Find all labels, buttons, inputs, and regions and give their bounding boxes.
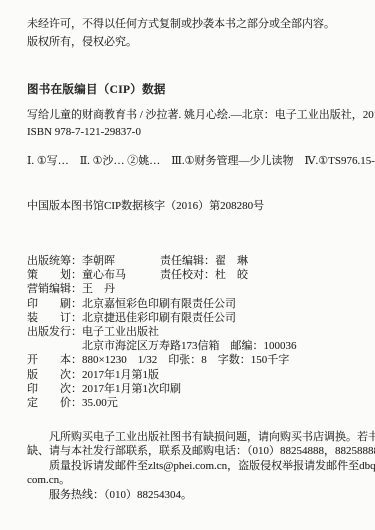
copyright-notice-line1: 未经许可，不得以任何方式复制或抄袭本书之部分或全部内容。: [27, 15, 357, 33]
purchase-notice-line1: 凡所购买电子工业出版社图书有缺损问题，请向购买书店调换。若书店售: [27, 430, 357, 444]
credit-responsible-editor: 责任编辑：翟 琳: [160, 254, 357, 268]
credit-planner: 策 划：童心布马: [27, 268, 160, 282]
spec-printing: 印 次：2017年1月第1次印刷: [27, 382, 357, 396]
credit-publisher: 出版发行：电子工业出版社: [27, 325, 357, 339]
copyright-notice-line2: 版权所有，侵权必究。: [27, 33, 357, 51]
isbn-number: ISBN 978-7-121-29837-0: [27, 124, 357, 141]
purchase-notice: 凡所购买电子工业出版社图书有缺损问题，请向购买书店调换。若书店售 缺、请与本社发…: [27, 430, 357, 502]
credit-printer: 印 刷：北京嘉恒彩色印刷有限责任公司: [27, 297, 357, 311]
publication-credits: 出版统筹：李朝晖 责任编辑：翟 琳 策 划：童心布马 责任校对：杜 皎 营销编辑…: [27, 254, 357, 410]
credit-row: 策 划：童心布马 责任校对：杜 皎: [27, 268, 357, 282]
purchase-notice-line2: 缺、请与本社发行部联系，联系及邮购电话：（010）88254888，882588…: [27, 444, 357, 458]
copyright-notice: 未经许可，不得以任何方式复制或抄袭本书之部分或全部内容。 版权所有，侵权必究。: [27, 15, 357, 51]
spec-edition: 版 次：2017年1月第1版: [27, 368, 357, 382]
credit-publishing-coordinator: 出版统筹：李朝晖: [27, 254, 160, 268]
spec-price: 定 价：35.00元: [27, 396, 357, 410]
publisher-address: 北京市海淀区万寿路173信箱 邮编：100036: [27, 339, 357, 353]
cip-classification: Ⅰ. ①写… Ⅱ. ①沙… ②姚… Ⅲ.①财务管理—少儿读物 Ⅳ.①TS976.…: [27, 153, 357, 170]
credit-binder: 装 订：北京捷迅佳彩印刷有限责任公司: [27, 311, 357, 325]
cip-data-block: 图书在版编目（CIP）数据 写给儿童的财商教育书 / 沙拉著. 姚月心绘.—北京…: [27, 83, 357, 215]
book-copyright-page: 未经许可，不得以任何方式复制或抄袭本书之部分或全部内容。 版权所有，侵权必究。 …: [0, 0, 375, 530]
credit-proofreader: 责任校对：杜 皎: [160, 268, 357, 282]
purchase-notice-line4: com.cn。: [27, 473, 357, 487]
spec-format: 开 本：880×1230 1/32 印张：8 字数：150千字: [27, 353, 357, 367]
credit-row: 出版统筹：李朝晖 责任编辑：翟 琳: [27, 254, 357, 268]
cip-heading: 图书在版编目（CIP）数据: [27, 83, 357, 97]
purchase-notice-line3: 质量投诉请发邮件至zlts@phei.com.cn，盗版侵权举报请发邮件至dbq…: [27, 459, 357, 473]
service-hotline: 服务热线：（010）88254304。: [27, 488, 357, 502]
cip-catalog-entry: 写给儿童的财商教育书 / 沙拉著. 姚月心绘.—北京：电子工业出版社，2017.…: [27, 107, 357, 124]
cip-record-number: 中国版本图书馆CIP数据核字（2016）第208280号: [27, 198, 357, 215]
credit-marketing-editor: 营销编辑：王 丹: [27, 282, 357, 296]
